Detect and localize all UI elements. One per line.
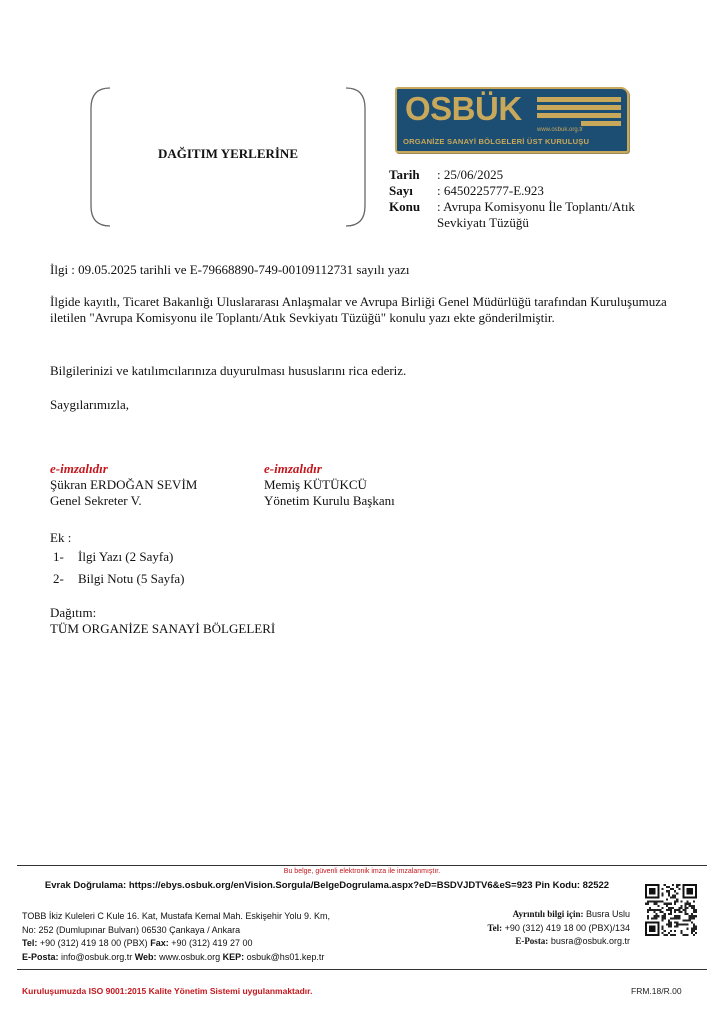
verification-link[interactable]: Evrak Doğrulama: https://ebys.osbuk.org/…: [22, 879, 632, 892]
signature-block: e-imzalıdır Memiş KÜTÜKCÜ Yönetim Kurulu…: [264, 461, 395, 509]
tel-label: Tel:: [22, 938, 37, 948]
web-label: Web:: [135, 952, 157, 962]
number-label: Sayı: [389, 183, 437, 199]
iso-note: Kuruluşumuzda ISO 9001:2015 Kalite Yönet…: [22, 986, 312, 996]
address-line-2: No: 252 (Dumlupınar Bulvarı) 06530 Çanka…: [22, 924, 330, 938]
subject-value: : Avrupa Komisyonu İle Toplantı/Atık Sev…: [437, 199, 677, 231]
address-block: TOBB İkiz Kuleleri C Kule 16. Kat, Musta…: [22, 910, 330, 964]
contact-person: Busra Uslu: [586, 909, 630, 919]
document-meta: Tarih : 25/06/2025 Sayı : 6450225777-E.9…: [389, 167, 677, 231]
e-signature-stamp: e-imzalıdır: [50, 461, 197, 477]
distribution-label: Dağıtım:: [50, 605, 275, 621]
attachment-label: Bilgi Notu (5 Sayfa): [78, 568, 185, 590]
signer-title: Yönetim Kurulu Başkanı: [264, 493, 395, 509]
e-signature-note: Bu belge, güvenli elektronik imza ile im…: [0, 868, 724, 875]
web-link[interactable]: www.osbuk.org: [159, 952, 220, 962]
date-value: : 25/06/2025: [437, 167, 677, 183]
osbuk-logo: OSBÜK www.osbuk.org.tr ORGANİZE SANAYİ B…: [395, 87, 629, 153]
fax-label: Fax:: [150, 938, 169, 948]
attachment-item: 1- İlgi Yazı (2 Sayfa): [50, 546, 71, 568]
attachments-label: Ek :: [50, 530, 71, 546]
meta-date-row: Tarih : 25/06/2025: [389, 167, 677, 183]
contact-email-label: E-Posta:: [515, 936, 548, 946]
signature-block: e-imzalıdır Şükran ERDOĞAN SEVİM Genel S…: [50, 461, 197, 509]
attachments-section: Ek : 1- İlgi Yazı (2 Sayfa) 2- Bilgi Not…: [50, 530, 71, 590]
meta-number-row: Sayı : 6450225777-E.923: [389, 183, 677, 199]
form-code: FRM.18/R.00: [631, 986, 682, 996]
attachment-number: 1-: [53, 546, 64, 568]
reference-line: İlgi : 09.05.2025 tarihli ve E-79668890-…: [50, 262, 680, 278]
contact-person-line: Ayrıntılı bilgi için: Busra Uslu: [440, 908, 630, 922]
address-line-1: TOBB İkiz Kuleleri C Kule 16. Kat, Musta…: [22, 910, 330, 924]
e-signature-stamp: e-imzalıdır: [264, 461, 395, 477]
request-line: Bilgilerinizi ve katılımcılarınıza duyur…: [50, 363, 680, 379]
contact-info-label: Ayrıntılı bilgi için:: [513, 909, 584, 919]
contact-tel-line: Tel: +90 (312) 419 18 00 (PBX)/134: [440, 922, 630, 936]
main-paragraph: İlgide kayıtlı, Ticaret Bakanlığı Ulusla…: [50, 294, 680, 326]
signer-title: Genel Sekreter V.: [50, 493, 197, 509]
tel-value: +90 (312) 419 18 00 (PBX): [40, 938, 148, 948]
recipient-heading: DAĞITIM YERLERİNE: [88, 146, 368, 162]
email-web-line: E-Posta: info@osbuk.org.tr Web: www.osbu…: [22, 951, 330, 965]
attachment-item: 2- Bilgi Notu (5 Sayfa): [50, 568, 71, 590]
logo-wordmark: OSBÜK: [405, 90, 522, 128]
kep-label: KEP:: [223, 952, 245, 962]
logo-subtitle: ORGANİZE SANAYİ BÖLGELERİ ÜST KURULUŞU: [403, 137, 589, 146]
distribution-value: TÜM ORGANİZE SANAYİ BÖLGELERİ: [50, 621, 275, 637]
signer-name: Memiş KÜTÜKCÜ: [264, 477, 395, 493]
meta-subject-row: Konu : Avrupa Komisyonu İle Toplantı/Atı…: [389, 199, 677, 231]
attachment-number: 2-: [53, 568, 64, 590]
contact-email-line: E-Posta: busra@osbuk.org.tr: [440, 935, 630, 949]
closing-line: Saygılarımızla,: [50, 397, 680, 413]
signer-name: Şükran ERDOĞAN SEVİM: [50, 477, 197, 493]
kep-link[interactable]: osbuk@hs01.kep.tr: [247, 952, 325, 962]
contact-email-link[interactable]: busra@osbuk.org.tr: [551, 936, 630, 946]
number-value: : 6450225777-E.923: [437, 183, 677, 199]
email-link[interactable]: info@osbuk.org.tr: [61, 952, 132, 962]
phone-fax-line: Tel: +90 (312) 419 18 00 (PBX) Fax: +90 …: [22, 937, 330, 951]
contact-tel: +90 (312) 419 18 00 (PBX)/134: [505, 923, 630, 933]
date-label: Tarih: [389, 167, 437, 183]
attachment-label: İlgi Yazı (2 Sayfa): [78, 546, 173, 568]
distribution-section: Dağıtım: TÜM ORGANİZE SANAYİ BÖLGELERİ: [50, 605, 275, 637]
subject-label: Konu: [389, 199, 437, 231]
email-label: E-Posta:: [22, 952, 59, 962]
footer-top-divider: [17, 865, 707, 866]
qr-code-icon: [645, 884, 697, 936]
logo-url: www.osbuk.org.tr: [537, 127, 583, 133]
contact-block: Ayrıntılı bilgi için: Busra Uslu Tel: +9…: [440, 908, 630, 949]
footer-bottom-divider: [17, 969, 707, 970]
contact-tel-label: Tel:: [487, 923, 502, 933]
fax-value: +90 (312) 419 27 00: [171, 938, 252, 948]
logo-stripes: [537, 97, 621, 129]
